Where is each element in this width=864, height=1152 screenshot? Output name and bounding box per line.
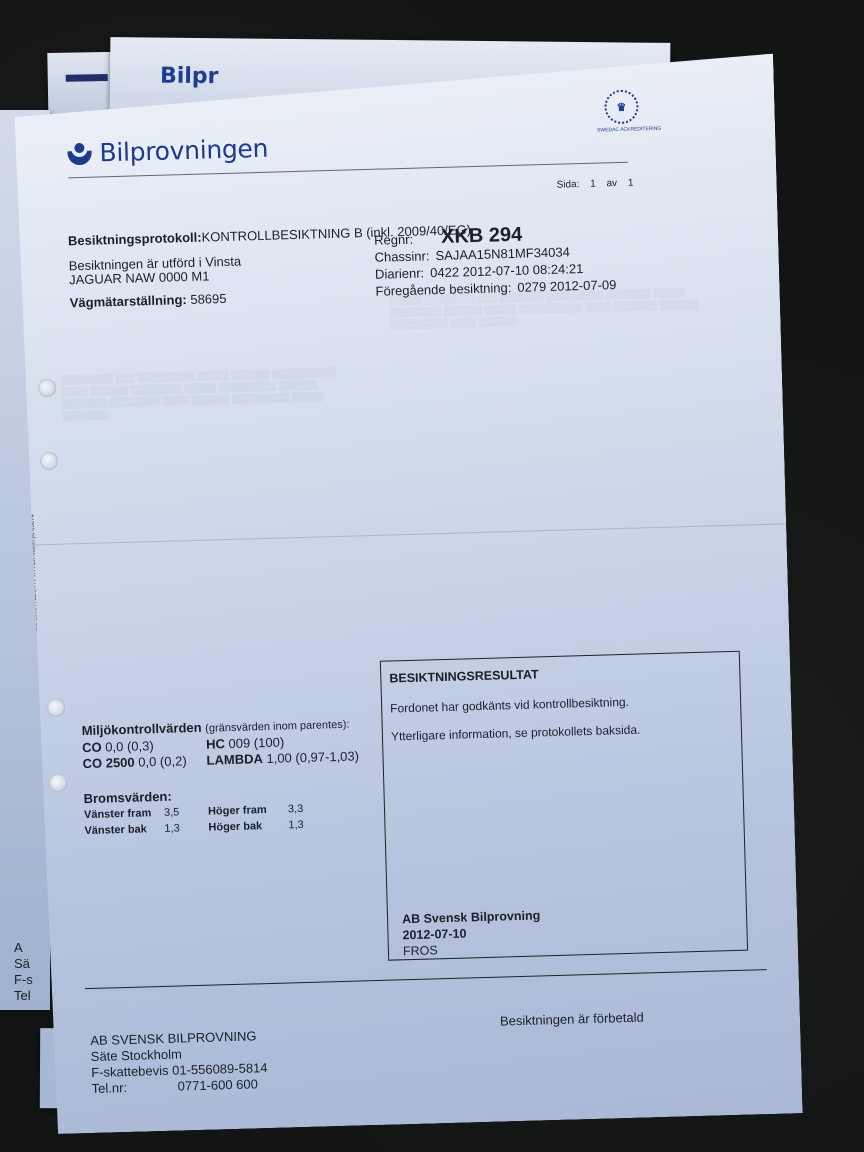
previous-inspection-label: Föregående besiktning: [375,280,511,299]
co-label: CO [82,740,102,756]
odometer-reading: Vägmätarställning: 58695 [70,291,227,310]
edge-text-1: A [14,940,23,956]
diary-label: Diarienr: [375,265,425,281]
footer-tel-label: Tel.nr: [91,1079,177,1097]
lambda-label: LAMBDA [206,751,263,768]
footer-divider [85,969,767,989]
swedac-seal-icon: ♛ SWEDAC ACKREDITERING [596,89,647,140]
registration-info: Regnr:XKB 294 Chassinr:SAJAA15N81MF34034… [374,224,617,300]
result-approved-text: Fordonet har godkänts vid kontrollbesikt… [390,692,732,716]
page-indicator: Sida: 1 av 1 [556,177,641,190]
bilprovningen-logo-icon [67,142,92,165]
footer-tel-value: 0771-600 600 [177,1076,268,1095]
page-label: Sida: [556,179,579,191]
edge-text-2: Sä [14,956,30,972]
inspection-protocol-sheet: ▒▒▒▒▒ ▒▒▒▒▒▒▒▒ ▒▒▒ ▒▒▒▒▒▒▒ ▒▒▒▒▒▒▒▒▒ ▒▒▒… [13,54,802,1135]
emission-title: Miljökontrollvärden [81,720,201,738]
edge-text-3: F-s [14,972,33,988]
binder-hole [38,379,56,397]
odometer-value: 58695 [190,291,227,307]
result-more-info-text: Ytterligare information, se protokollets… [391,720,733,744]
bilprovningen-logo: Bilprovningen [67,134,268,169]
odometer-label: Vägmätarställning: [70,292,187,310]
paper-fold [26,523,786,545]
vehicle-model: JAGUAR NAW 0000 M1 [69,269,242,288]
result-title: BESIKTNINGSRESULTAT [389,662,731,686]
logo-text: Bilprovningen [99,134,268,168]
inspection-result-box: BESIKTNINGSRESULTAT Fordonet har godkänt… [380,651,748,961]
bleed-through-text: ▒▒▒▒▒▒▒▒ ▒▒▒ ▒▒▒▒▒▒▒▒▒ ▒▒▒▒▒ ▒▒▒▒▒▒ ▒▒▒▒… [62,365,363,421]
page-current: 1 [590,179,596,190]
protocol-label: Besiktningsprotokoll: [68,230,202,249]
result-signature: AB Svensk Bilprovning 2012-07-10 FROS [402,907,542,959]
hc-value: 009 (100) [228,735,284,752]
brake-values: Bromsvärden: Vänster fram 3,5 Höger fram… [83,785,304,839]
co2500-value: 0,0 (0,2) [138,753,187,769]
chassis-label: Chassinr: [374,248,429,265]
page-total: 1 [628,178,634,189]
co-value: 0,0 (0,3) [105,738,154,754]
inspection-info: Besiktningen är utförd i Vinsta JAGUAR N… [69,255,242,288]
edge-text-4: Tel [14,988,31,1004]
lambda-value: 1,00 (0,97-1,03) [266,748,359,766]
co2500-label: CO 2500 [82,755,134,771]
binder-hole [49,774,67,792]
previous-inspection-value: 0279 2012-07-09 [517,277,616,295]
regnr-label: Regnr: [374,232,413,248]
binder-hole [40,452,58,470]
back-sheet-logo: Bilpr [160,64,219,90]
binder-hole [47,699,65,717]
prepaid-notice: Besiktningen är förbetald [500,1010,644,1029]
page-separator: av [606,178,617,189]
company-footer: AB SVENSK BILPROVNING Säte Stockholm F-s… [90,1028,268,1097]
emission-values: Miljökontrollvärden (gränsvärden inom pa… [81,715,359,772]
hc-label: HC [206,736,225,752]
signature-inspector: FROS [403,939,542,959]
